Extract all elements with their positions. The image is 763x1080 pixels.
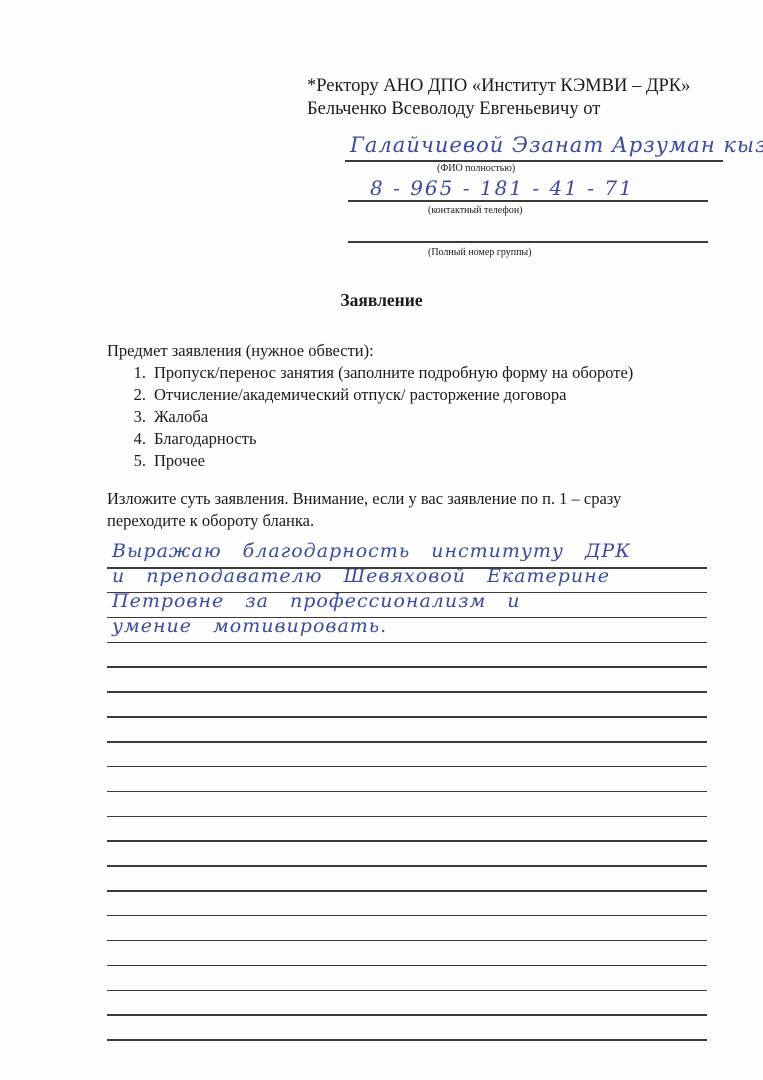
ruled-line [107, 915, 707, 917]
option-pass-reschedule[interactable]: Пропуск/перенос занятия (заполните подро… [154, 362, 633, 384]
option-number: 4. [126, 428, 146, 450]
instructions-line-1: Изложите суть заявления. Внимание, если … [107, 488, 621, 510]
statement-line-4[interactable]: умение мотивировать. [112, 615, 387, 637]
ruled-line [107, 816, 707, 818]
ruled-line [107, 642, 707, 644]
option-expulsion-leave[interactable]: Отчисление/академический отпуск/ расторж… [154, 384, 566, 406]
addressee-line-2: Бельченко Всеволоду Евгеньевичу от [307, 98, 600, 120]
ruled-line [107, 741, 707, 743]
ruled-line [107, 716, 707, 718]
ruled-line [107, 990, 707, 992]
document-title: Заявление [0, 290, 763, 311]
phone-field[interactable]: 8 - 965 - 181 - 41 - 71 [370, 176, 634, 200]
group-underline [348, 241, 708, 243]
phone-caption: (контактный телефон) [428, 205, 523, 217]
ruled-line [107, 965, 707, 967]
ruled-line [107, 940, 707, 942]
full-name-field[interactable]: Галайчиевой Эзанат Арзуман кызы [350, 133, 763, 157]
option-other[interactable]: Прочее [154, 450, 205, 472]
ruled-line [107, 691, 707, 693]
application-form-page: *Ректору АНО ДПО «Институт КЭМВИ – ДРК» … [0, 0, 763, 1080]
option-complaint[interactable]: Жалоба [154, 406, 208, 428]
full-name-underline [345, 160, 723, 162]
ruled-line [107, 766, 707, 768]
ruled-line [107, 617, 707, 619]
addressee-line-1: *Ректору АНО ДПО «Институт КЭМВИ – ДРК» [307, 75, 690, 97]
group-caption: (Полный номер группы) [428, 247, 531, 259]
full-name-caption: (ФИО полностью) [437, 163, 515, 175]
ruled-line [107, 1014, 707, 1016]
option-number: 5. [126, 450, 146, 472]
ruled-line [107, 592, 707, 594]
option-number: 1. [126, 362, 146, 384]
statement-line-1[interactable]: Выражаю благодарность институту ДРК [112, 540, 631, 562]
option-number: 2. [126, 384, 146, 406]
ruled-line [107, 791, 707, 793]
option-number: 3. [126, 406, 146, 428]
ruled-line [107, 567, 707, 569]
ruled-line [107, 666, 707, 668]
phone-underline [348, 200, 708, 202]
ruled-line [107, 1039, 707, 1041]
instructions-line-2: переходите к обороту бланка. [107, 510, 314, 532]
ruled-line [107, 890, 707, 892]
subject-heading: Предмет заявления (нужное обвести): [107, 340, 374, 362]
ruled-line [107, 840, 707, 842]
ruled-line [107, 865, 707, 867]
option-gratitude[interactable]: Благодарность [154, 428, 256, 450]
